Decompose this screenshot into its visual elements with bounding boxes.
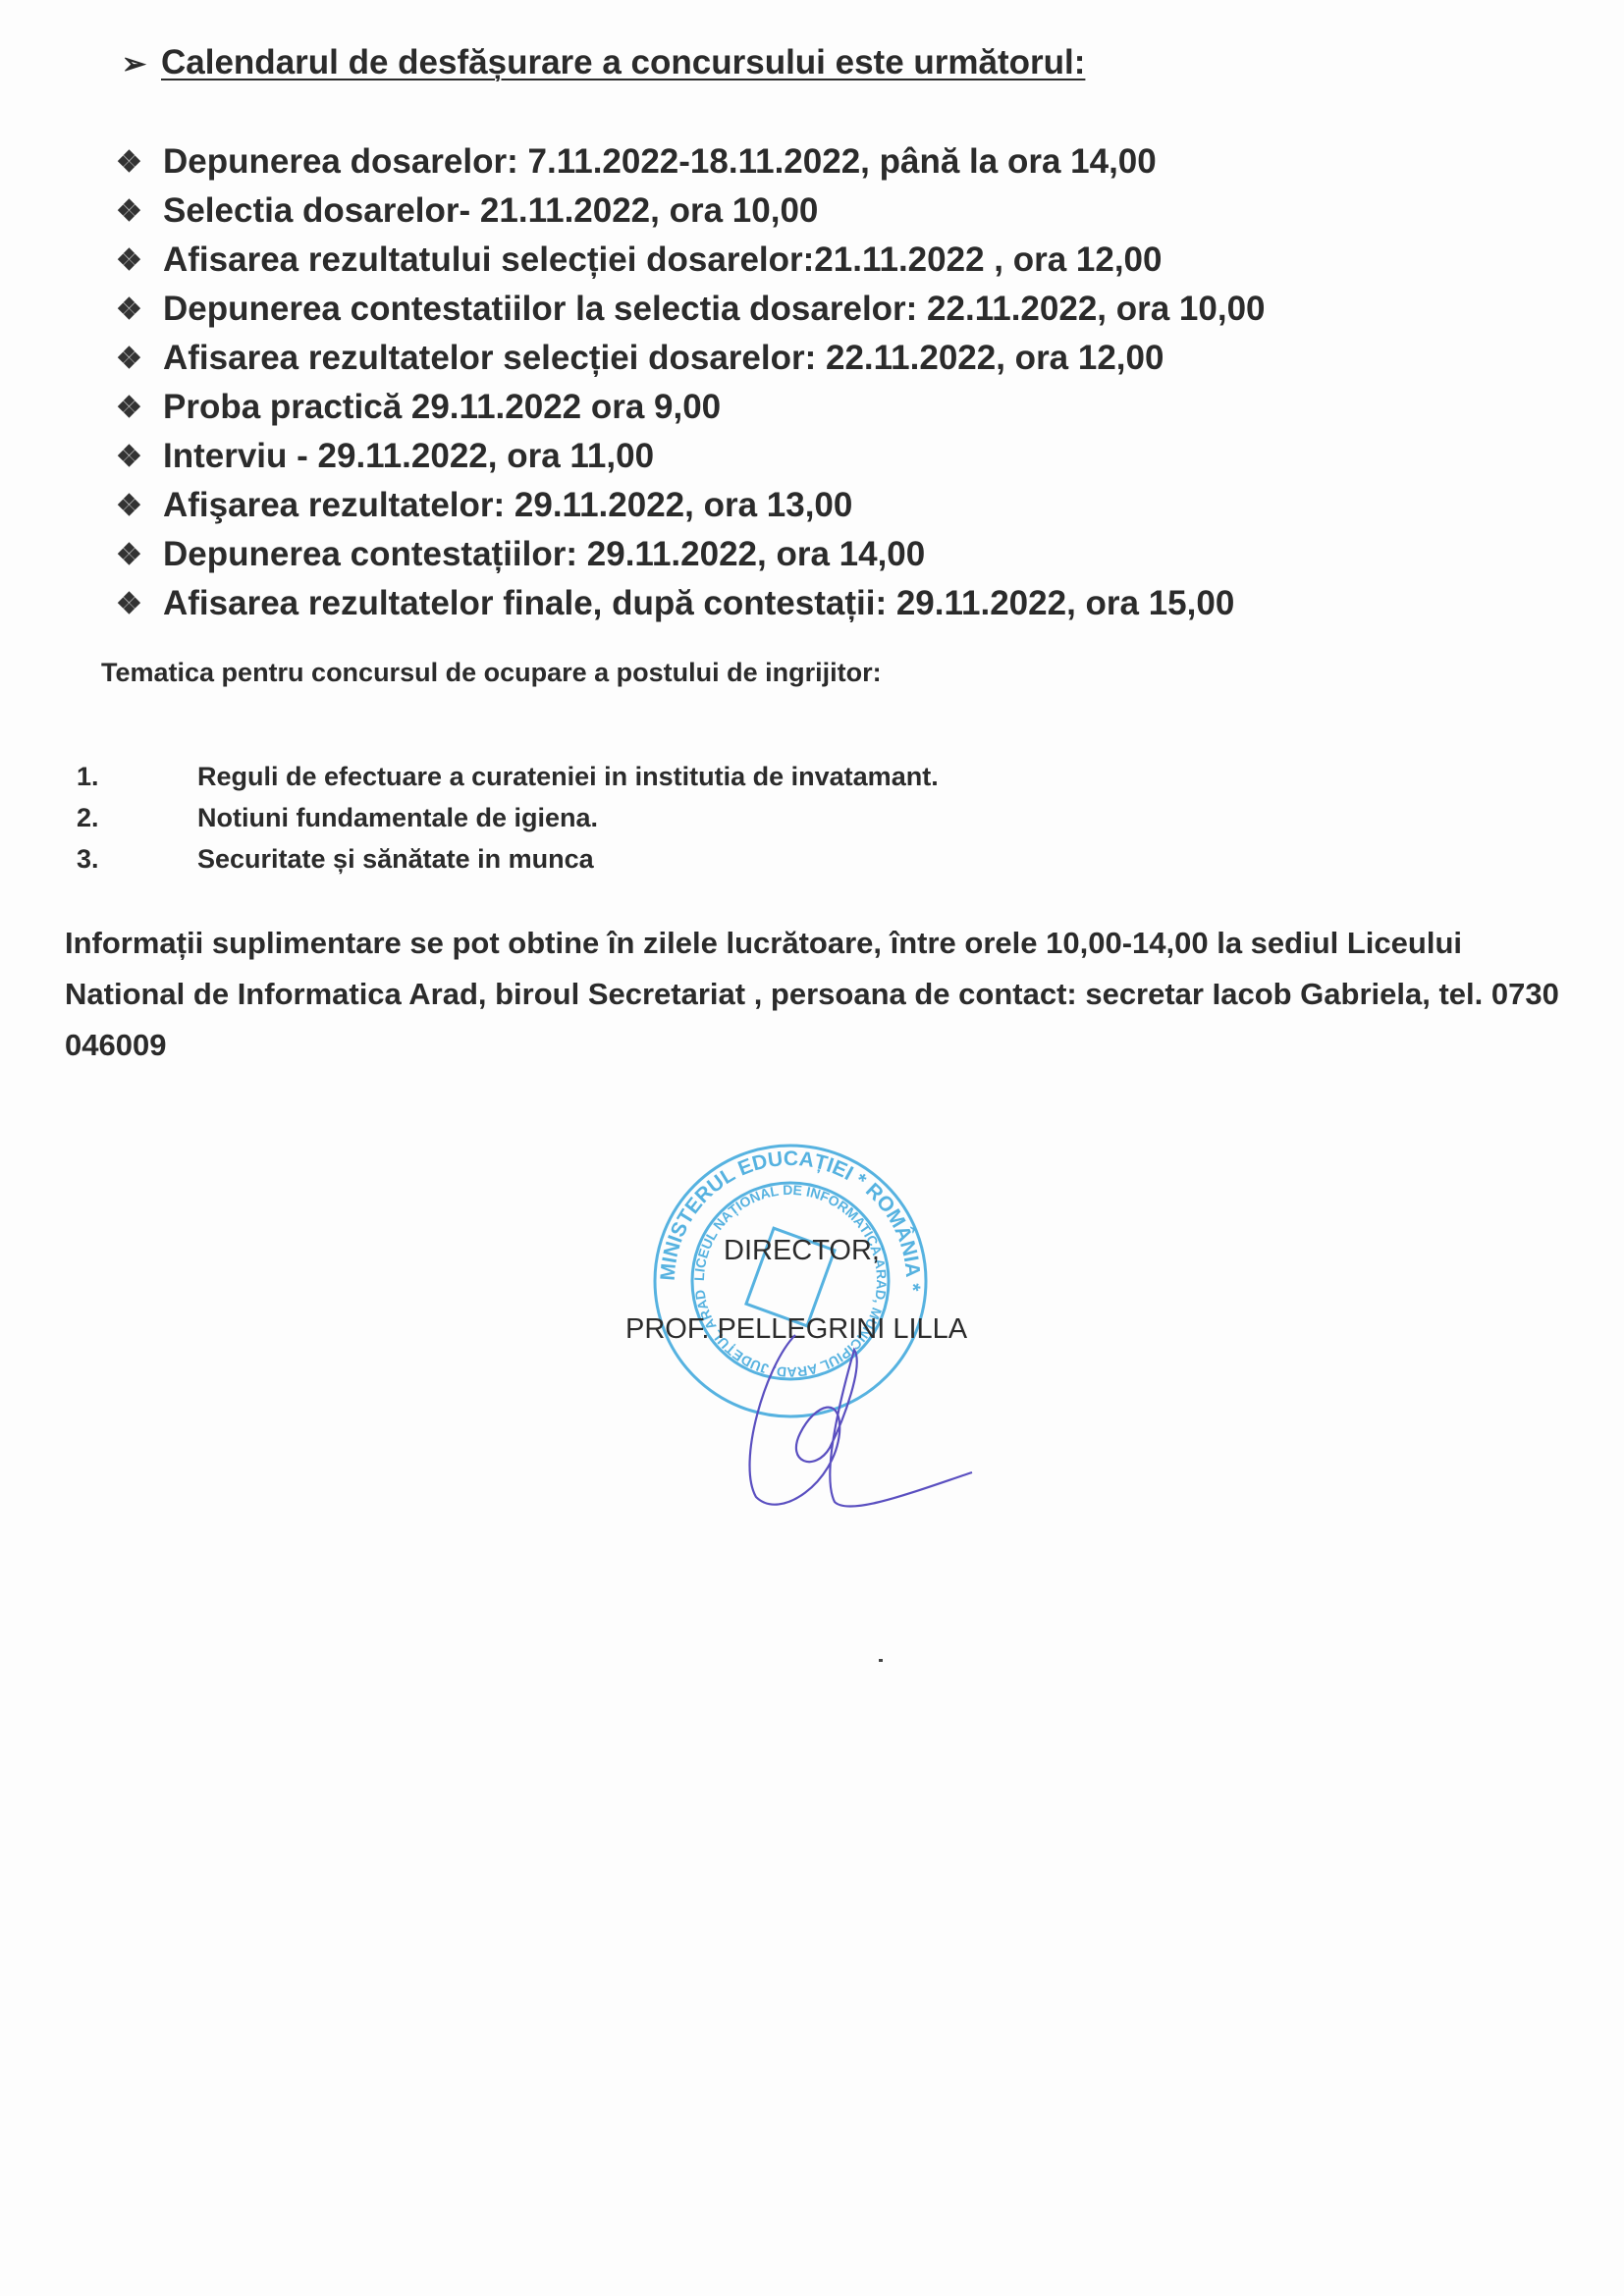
calendar-item-text: Selectia dosarelor- 21.11.2022, ora 10,0… — [163, 191, 818, 231]
topic-item: 3.Securitate și sănătate in munca — [77, 838, 939, 880]
calendar-item: ❖Afisarea rezultatelor finale, după cont… — [116, 579, 1266, 628]
calendar-item-text: Depunerea dosarelor: 7.11.2022-18.11.202… — [163, 142, 1157, 182]
diamond-bullet-icon: ❖ — [116, 391, 163, 425]
topic-item: 2.Notiuni fundamentale de igiena. — [77, 797, 939, 838]
topic-text: Securitate și sănătate in munca — [197, 844, 594, 875]
calendar-list: ❖Depunerea dosarelor: 7.11.2022-18.11.20… — [116, 137, 1266, 628]
diamond-bullet-icon: ❖ — [116, 489, 163, 523]
calendar-item: ❖Proba practică 29.11.2022 ora 9,00 — [116, 383, 1266, 432]
topic-item: 1.Reguli de efectuare a curateniei in in… — [77, 756, 939, 797]
diamond-bullet-icon: ❖ — [116, 293, 163, 327]
topics-list: 1.Reguli de efectuare a curateniei in in… — [77, 756, 939, 880]
calendar-item-text: Interviu - 29.11.2022, ora 11,00 — [163, 437, 654, 476]
contact-info-paragraph: Informații suplimentare se pot obtine în… — [65, 918, 1577, 1071]
topic-number: 2. — [77, 803, 197, 833]
topic-text: Notiuni fundamentale de igiena. — [197, 803, 598, 833]
calendar-item-text: Afisarea rezultatelor selecției dosarelo… — [163, 339, 1164, 378]
calendar-item-text: Afişarea rezultatelor: 29.11.2022, ora 1… — [163, 486, 852, 525]
diamond-bullet-icon: ❖ — [116, 538, 163, 572]
handwritten-signature — [727, 1325, 982, 1522]
calendar-item: ❖Selectia dosarelor- 21.11.2022, ora 10,… — [116, 187, 1266, 236]
calendar-item: ❖Afisarea rezultatului selecției dosarel… — [116, 236, 1266, 285]
diamond-bullet-icon: ❖ — [116, 587, 163, 621]
director-title: DIRECTOR, — [724, 1235, 880, 1267]
diamond-bullet-icon: ❖ — [116, 145, 163, 180]
diamond-bullet-icon: ❖ — [116, 243, 163, 278]
diamond-bullet-icon: ❖ — [116, 342, 163, 376]
calendar-item: ❖Afisarea rezultatelor selecției dosarel… — [116, 334, 1266, 383]
topic-text: Reguli de efectuare a curateniei in inst… — [197, 762, 939, 792]
diamond-bullet-icon: ❖ — [116, 194, 163, 229]
calendar-item: ❖Depunerea dosarelor: 7.11.2022-18.11.20… — [116, 137, 1266, 187]
tematica-title: Tematica pentru concursul de ocupare a p… — [101, 658, 882, 688]
calendar-item-text: Afisarea rezultatului selecției dosarelo… — [163, 240, 1162, 280]
topic-number: 3. — [77, 844, 197, 875]
calendar-item-text: Proba practică 29.11.2022 ora 9,00 — [163, 388, 721, 427]
calendar-heading-text: Calendarul de desfășurare a concursului … — [161, 43, 1085, 81]
calendar-item-text: Depunerea contestatiilor la selectia dos… — [163, 290, 1266, 329]
calendar-item: ❖Afişarea rezultatelor: 29.11.2022, ora … — [116, 481, 1266, 530]
calendar-item-text: Depunerea contestațiilor: 29.11.2022, or… — [163, 535, 925, 574]
calendar-item: ❖Interviu - 29.11.2022, ora 11,00 — [116, 432, 1266, 481]
calendar-item: ❖Depunerea contestatiilor la selectia do… — [116, 285, 1266, 334]
calendar-item: ❖Depunerea contestațiilor: 29.11.2022, o… — [116, 530, 1266, 579]
calendar-item-text: Afisarea rezultatelor finale, după conte… — [163, 584, 1234, 623]
calendar-heading: ➢Calendarul de desfășurare a concursului… — [122, 43, 1085, 82]
diamond-bullet-icon: ❖ — [116, 440, 163, 474]
topic-number: 1. — [77, 762, 197, 792]
arrow-bullet-icon: ➢ — [122, 47, 161, 81]
scan-speck — [879, 1659, 883, 1662]
